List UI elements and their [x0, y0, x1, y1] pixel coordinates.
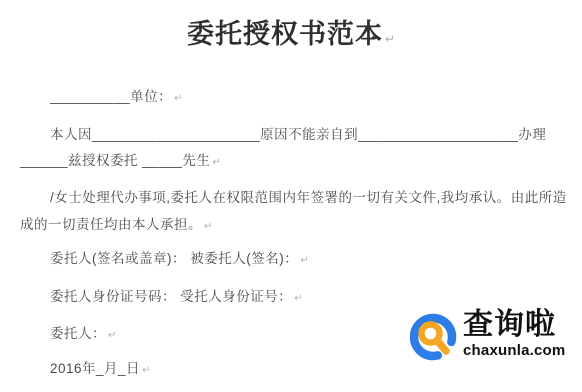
- logo-text-block: 查询啦 chaxunla.com: [463, 308, 565, 359]
- paragraph-return-mark: ↵: [385, 32, 395, 46]
- paragraph-return-mark: ↵: [294, 293, 302, 304]
- line-authorization-part1: /女士处理代办事项,委托人在权限范围内年签署的一切有关文件,我均承认。由此所造: [50, 189, 567, 207]
- paragraph-return-mark: ↵: [142, 365, 150, 376]
- line-date: 2016年_月_日↵: [50, 360, 150, 380]
- paragraph-return-mark: ↵: [108, 330, 116, 341]
- logo-site-domain: chaxunla.com: [463, 343, 565, 359]
- document-title: 委托授权书范本↵: [0, 12, 582, 51]
- title-text: 委托授权书范本: [187, 19, 383, 49]
- paragraph-return-mark: ↵: [204, 221, 212, 232]
- logo-handle: [438, 341, 447, 351]
- paragraph-return-mark: ↵: [212, 157, 220, 168]
- line-principal: 委托人：↵: [50, 325, 116, 345]
- line-id-numbers: 委托人身份证号码： 受托人身份证号：↵: [50, 288, 303, 308]
- line-unit: __________单位：↵: [50, 88, 182, 108]
- document-page: 委托授权书范本↵ __________单位：↵ 本人因_____________…: [0, 0, 582, 392]
- line-reason-part2: ______兹授权委托 _____先生↵: [20, 152, 221, 172]
- paragraph-return-mark: ↵: [174, 93, 182, 104]
- line-signatures: 委托人(签名或盖章)： 被委托人(签名)：↵: [50, 250, 309, 270]
- magnifier-logo-icon: [410, 311, 458, 363]
- paragraph-return-mark: ↵: [300, 255, 308, 266]
- line-reason-part1: 本人因_____________________原因不能亲自到_________…: [50, 126, 546, 144]
- line-authorization-part2: 成的一切责任均由本人承担。↵: [20, 216, 212, 236]
- chaxunla-watermark-logo: 查询啦 chaxunla.com: [410, 308, 565, 363]
- logo-site-name: 查询啦: [463, 308, 565, 342]
